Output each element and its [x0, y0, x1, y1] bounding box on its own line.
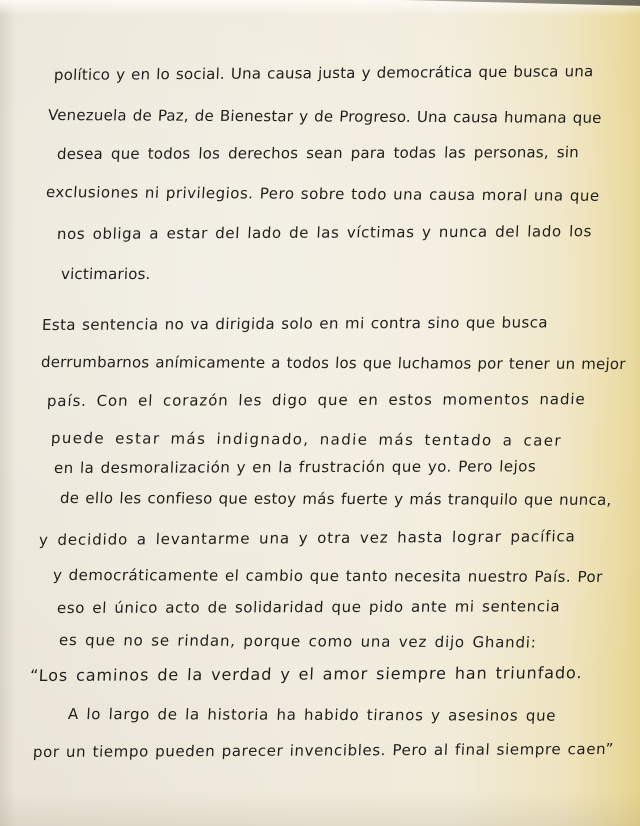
handwritten-line-15: eso el único acto de solidaridad que pid…	[57, 597, 561, 617]
handwritten-quote-line-3: por un tiempo pueden parecer invencibles…	[33, 740, 615, 761]
handwritten-line-14: y democráticamente el cambio que tanto n…	[52, 566, 603, 586]
letter-body: político y en lo social. Una causa justa…	[0, 0, 640, 826]
handwritten-line-12: de ello les confieso que estoy más fuert…	[59, 489, 612, 509]
handwritten-quote-line-1: “Los caminos de la verdad y el amor siem…	[30, 663, 583, 685]
handwritten-line-5: nos obliga a estar del lado de las vícti…	[57, 222, 593, 243]
handwritten-line-2: Venezuela de Paz, de Bienestar y de Prog…	[47, 106, 602, 127]
handwritten-line-16: es que no se rindan, porque como una vez…	[58, 631, 537, 652]
handwritten-line-4: exclusiones ni privilegios. Pero sobre t…	[45, 183, 600, 205]
handwritten-line-11: en la desmoralización y en la frustració…	[54, 457, 537, 477]
handwritten-line-8: derrumbarnos anímicamente a todos los qu…	[40, 353, 626, 373]
handwritten-letter-photo: político y en lo social. Una causa justa…	[0, 0, 640, 826]
handwritten-line-6: victimarios.	[61, 265, 152, 283]
handwritten-line-10: puede estar más indignado, nadie más ten…	[50, 429, 562, 450]
handwritten-line-3: desea que todos los derechos sean para t…	[57, 143, 580, 163]
handwritten-quote-line-2: A lo largo de la historia ha habido tira…	[67, 705, 556, 725]
handwritten-line-1: político y en lo social. Una causa justa…	[54, 62, 594, 84]
handwritten-line-7: Esta sentencia no va dirigida solo en mi…	[42, 313, 549, 334]
handwritten-line-13: y decidido a levantarme una y otra vez h…	[39, 527, 577, 549]
handwritten-line-9: país. Con el corazón les digo que en est…	[47, 390, 586, 410]
